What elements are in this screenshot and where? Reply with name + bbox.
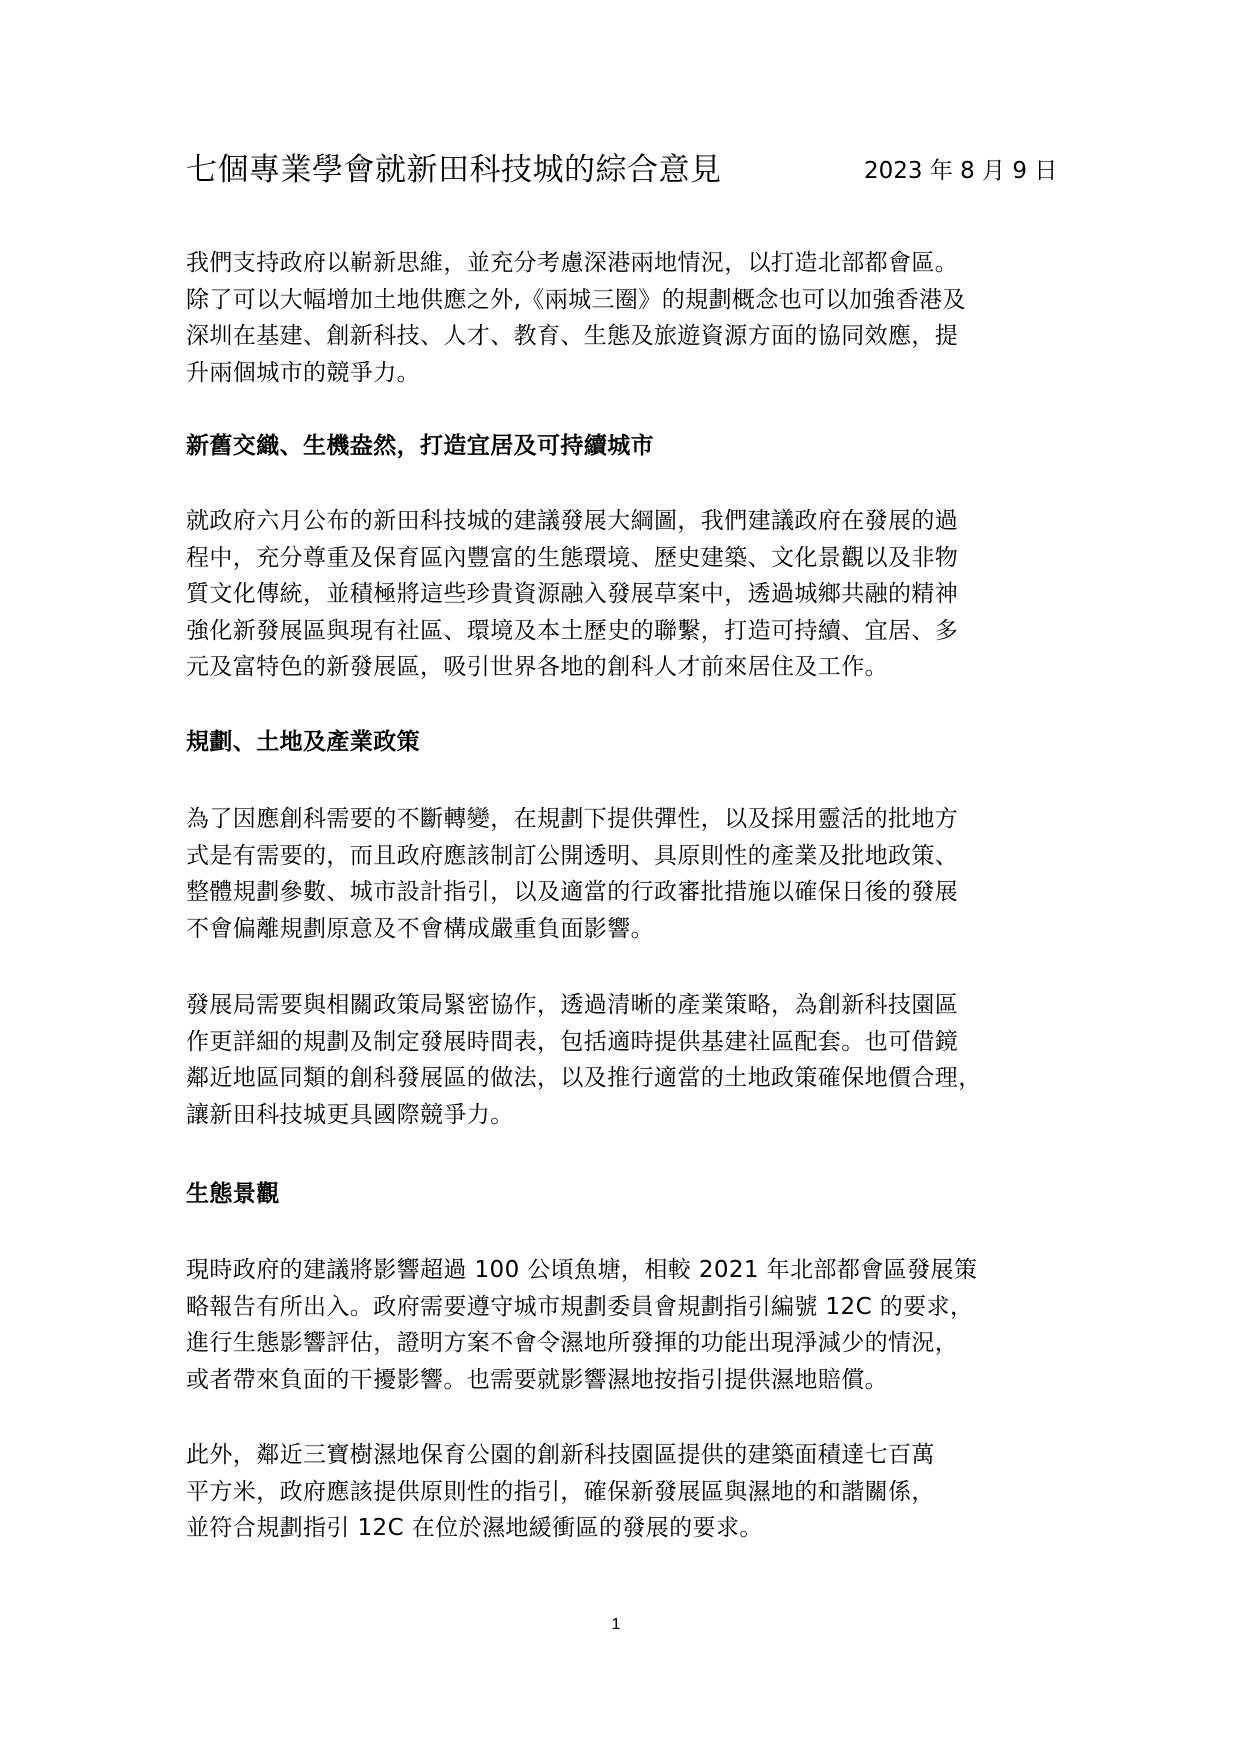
paragraph-line: 作更詳細的規劃及制定發展時間表，包括適時提供基建社區配套。也可借鏡 (186, 1024, 1086, 1061)
section-2-paragraph-1: 為了因應創科需要的不斷轉變，在規劃下提供彈性，以及採用靈活的批地方 式是有需要的… (186, 801, 1086, 947)
paragraph-line: 升兩個城市的競爭力。 (186, 355, 1086, 392)
paragraph-line: 略報告有所出入。政府需要遵守城市規劃委員會規劃指引編號 12C 的要求， (186, 1289, 1086, 1326)
paragraph-line: 我們支持政府以嶄新思維，並充分考慮深港兩地情況，以打造北部都會區。 (186, 245, 1086, 282)
document-title: 七個專業學會就新田科技城的綜合意見 (186, 148, 722, 192)
paragraph-line: 並符合規劃指引 12C 在位於濕地緩衝區的發展的要求。 (186, 1510, 1086, 1547)
paragraph-line: 現時政府的建議將影響超過 100 公頃魚塘，相較 2021 年北部都會區發展策 (186, 1252, 1086, 1289)
section-3-paragraph-2: 此外，鄰近三寶樹濕地保育公園的創新科技園區提供的建築面積達七百萬 平方米，政府應… (186, 1437, 1086, 1547)
paragraph-line: 進行生態影響評估，證明方案不會令濕地所發揮的功能出現淨減少的情況， (186, 1325, 1086, 1362)
intro-paragraph: 我們支持政府以嶄新思維，並充分考慮深港兩地情況，以打造北部都會區。 除了可以大幅… (186, 245, 1086, 391)
section-heading-ecology-landscape: 生態景觀 (186, 1176, 1086, 1212)
section-1-paragraph-1: 就政府六月公布的新田科技城的建議發展大綱圖，我們建議政府在發展的過 程中，充分尊… (186, 503, 1086, 686)
title-row: 七個專業學會就新田科技城的綜合意見 2023 年 8 月 9 日 (186, 148, 1066, 192)
document-page: 七個專業學會就新田科技城的綜合意見 2023 年 8 月 9 日 我們支持政府以… (0, 0, 1241, 1755)
paragraph-line: 或者帶來負面的干擾影響。也需要就影響濕地按指引提供濕地賠償。 (186, 1362, 1086, 1399)
section-heading-livable-city: 新舊交織、生機盎然，打造宜居及可持續城市 (186, 428, 1086, 464)
paragraph-line: 除了可以大幅增加土地供應之外,《兩城三圈》的規劃概念也可以加強香港及 (186, 282, 1086, 319)
paragraph-line: 整體規劃參數、城市設計指引，以及適當的行政審批措施以確保日後的發展 (186, 874, 1086, 911)
paragraph-line: 就政府六月公布的新田科技城的建議發展大綱圖，我們建議政府在發展的過 (186, 503, 1086, 540)
paragraph-line: 為了因應創科需要的不斷轉變，在規劃下提供彈性，以及採用靈活的批地方 (186, 801, 1086, 838)
page-number: 1 (606, 1615, 626, 1635)
paragraph-line: 深圳在基建、創新科技、人才、教育、生態及旅遊資源方面的協同效應，提 (186, 318, 1086, 355)
paragraph-line: 不會偏離規劃原意及不會構成嚴重負面影響。 (186, 911, 1086, 948)
paragraph-line: 平方米，政府應該提供原則性的指引，確保新發展區與濕地的和諧關係， (186, 1474, 1086, 1511)
paragraph-line: 式是有需要的，而且政府應該制訂公開透明、具原則性的產業及批地政策、 (186, 838, 1086, 875)
document-date: 2023 年 8 月 9 日 (864, 152, 1057, 190)
paragraph-line: 讓新田科技城更具國際競爭力。 (186, 1097, 1086, 1134)
paragraph-line: 程中，充分尊重及保育區內豐富的生態環境、歷史建築、文化景觀以及非物 (186, 540, 1086, 577)
paragraph-line: 質文化傳統，並積極將這些珍貴資源融入發展草案中，透過城鄉共融的精神 (186, 576, 1086, 613)
section-heading-planning-land-policy: 規劃、土地及產業政策 (186, 724, 1086, 760)
paragraph-line: 發展局需要與相關政策局緊密協作，透過清晰的產業策略，為創新科技園區 (186, 987, 1086, 1024)
section-3-paragraph-1: 現時政府的建議將影響超過 100 公頃魚塘，相較 2021 年北部都會區發展策 … (186, 1252, 1086, 1398)
paragraph-line: 元及富特色的新發展區，吸引世界各地的創科人才前來居住及工作。 (186, 649, 1086, 686)
paragraph-line: 強化新發展區與現有社區、環境及本土歷史的聯繫，打造可持續、宜居、多 (186, 613, 1086, 650)
section-2-paragraph-2: 發展局需要與相關政策局緊密協作，透過清晰的產業策略，為創新科技園區 作更詳細的規… (186, 987, 1086, 1133)
paragraph-line: 此外，鄰近三寶樹濕地保育公園的創新科技園區提供的建築面積達七百萬 (186, 1437, 1086, 1474)
paragraph-line: 鄰近地區同類的創科發展區的做法，以及推行適當的土地政策確保地價合理， (186, 1060, 1086, 1097)
